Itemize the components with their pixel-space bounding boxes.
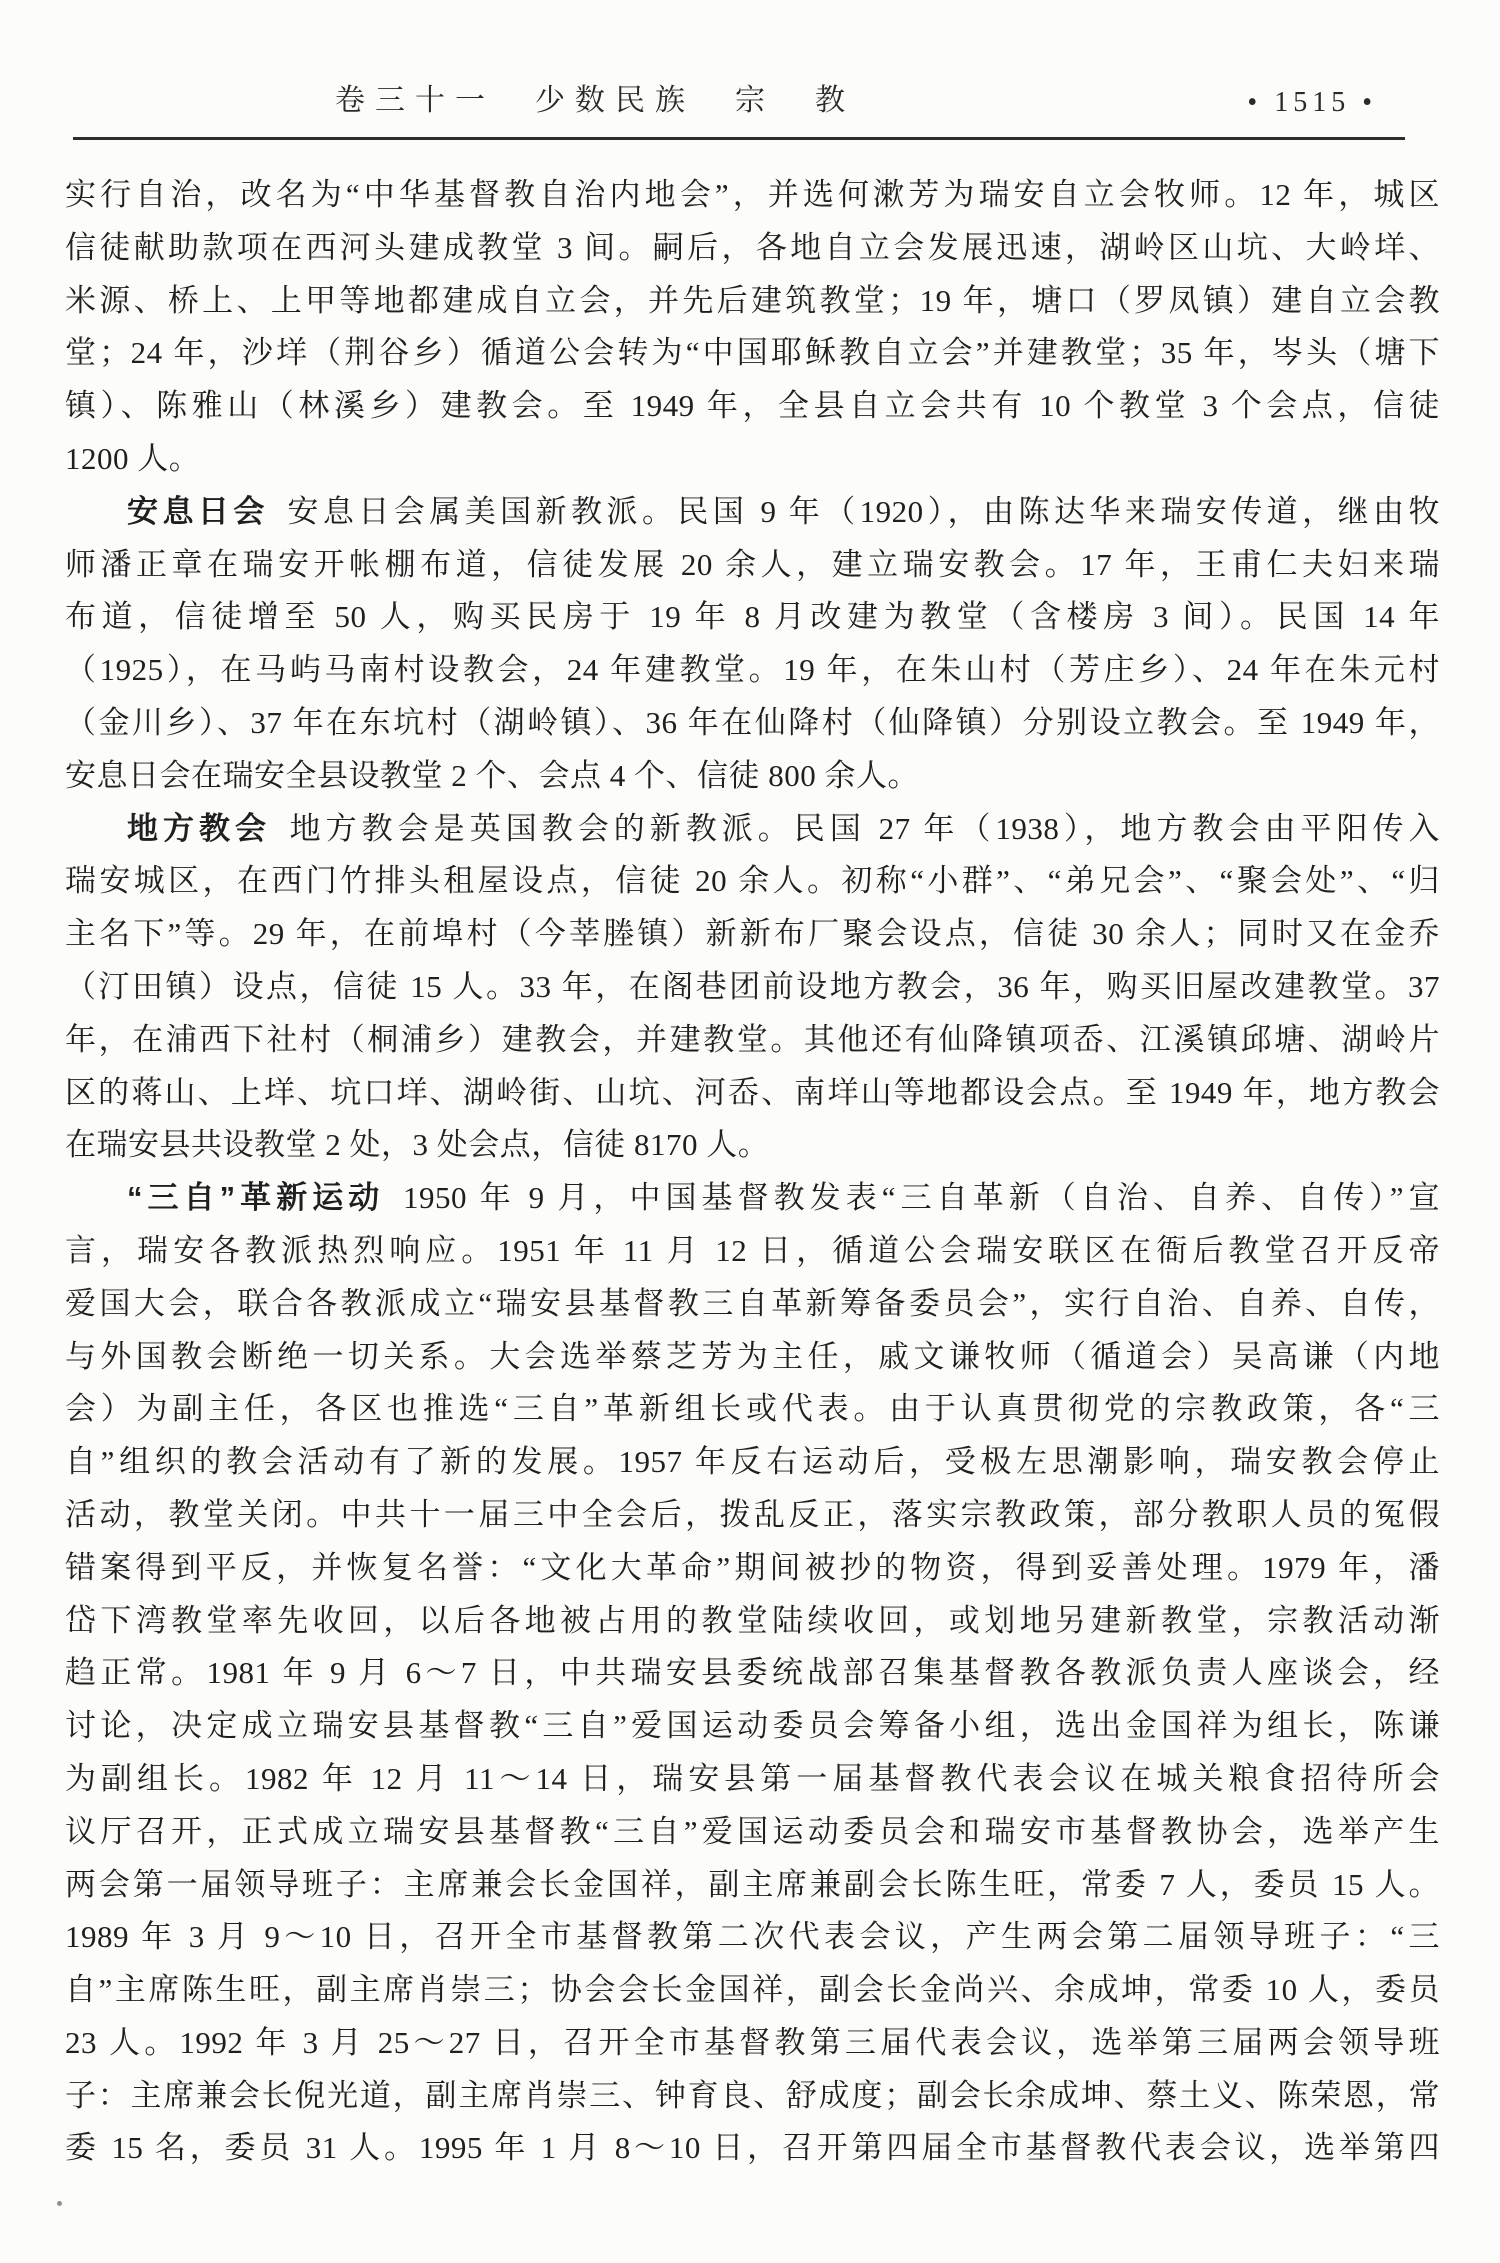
- entry-term: “三自”革新运动: [127, 1180, 384, 1215]
- scan-speck-artifact: [57, 2201, 62, 2206]
- text-line: 子：主席兼会长倪光道，副主席肖崇三、钟育良、舒成度；副会长余成坤、蔡土义、陈荣恩…: [65, 2070, 1440, 2123]
- text-line: 师潘正章在瑞安开帐棚布道，信徒发展 20 余人，建立瑞安教会。17 年，王甫仁夫…: [65, 539, 1440, 592]
- text-line: （1925），在马屿马南村设教会，24 年建教堂。19 年，在朱山村（芳庄乡）、…: [65, 644, 1440, 697]
- entry-text: 地方教会是英国教会的新教派。民国 27 年（1938），地方教会由平阳传入: [290, 811, 1440, 846]
- entry-line: 地方教会地方教会是英国教会的新教派。民国 27 年（1938），地方教会由平阳传…: [65, 803, 1440, 856]
- text-line: 趋正常。1981 年 9 月 6～7 日，中共瑞安县委统战部召集基督教各教派负责…: [65, 1647, 1440, 1700]
- entry-line: “三自”革新运动1950 年 9 月，中国基督教发表“三自革新（自治、自养、自传…: [65, 1172, 1440, 1225]
- text-line: 岱下湾教堂率先收回，以后各地被占用的教堂陆续收回，或划地另建新教堂，宗教活动渐: [65, 1595, 1440, 1648]
- text-line: 言，瑞安各教派热烈响应。1951 年 11 月 12 日，循道公会瑞安联区在衙后…: [65, 1225, 1440, 1278]
- text-line: 两会第一届领导班子：主席兼会长金国祥，副主席兼副会长陈生旺，常委 7 人，委员 …: [65, 1859, 1440, 1912]
- text-line: 信徒献助款项在西河头建成教堂 3 间。嗣后，各地自立会发展迅速，湖岭区山坑、大岭…: [65, 222, 1440, 275]
- text-line: 会）为副主任，各区也推选“三自”革新组长或代表。由于认真贯彻党的宗教政策，各“三: [65, 1383, 1440, 1436]
- text-line: 委 15 名，委员 31 人。1995 年 1 月 8～10 日，召开第四届全市…: [65, 2122, 1440, 2175]
- entry-term: 安息日会: [127, 494, 269, 529]
- text-line: 瑞安城区，在西门竹排头租屋设点，信徒 20 余人。初称“小群”、“弟兄会”、“聚…: [65, 855, 1440, 908]
- text-line: 镇）、陈雅山（林溪乡）建教会。至 1949 年，全县自立会共有 10 个教堂 3…: [65, 380, 1440, 433]
- paragraph-end-line: 在瑞安县共设教堂 2 处，3 处会点，信徒 8170 人。: [65, 1119, 1440, 1172]
- page-header: 卷三十一 少数民族 宗 教 • 1515 •: [0, 80, 1500, 122]
- text-line: 为副组长。1982 年 12 月 11～14 日，瑞安县第一届基督教代表会议在城…: [65, 1753, 1440, 1806]
- text-line: 与外国教会断绝一切关系。大会选举蔡芝芳为主任，戚文谦牧师（循道会）吴高谦（内地: [65, 1331, 1440, 1384]
- paragraph-end-line: 1200 人。: [65, 433, 1440, 486]
- body-text-block: 实行自治，改名为“中华基督教自治内地会”，并选何漱芳为瑞安自立会牧师。12 年，…: [65, 169, 1440, 2175]
- header-rule: [73, 137, 1405, 140]
- text-line: 年，在浦西下社村（桐浦乡）建教会，并建教堂。其他还有仙降镇项岙、江溪镇邱塘、湖岭…: [65, 1014, 1440, 1067]
- text-line: 米源、桥上、上甲等地都建成自立会，并先后建筑教堂；19 年，塘口（罗凤镇）建自立…: [65, 275, 1440, 328]
- text-line: 区的蒋山、上垟、坑口垟、湖岭街、山坑、河岙、南垟山等地都设会点。至 1949 年…: [65, 1067, 1440, 1120]
- text-line: 自”组织的教会活动有了新的发展。1957 年反右运动后，受极左思潮影响，瑞安教会…: [65, 1436, 1440, 1489]
- entry-term: 地方教会: [127, 811, 271, 846]
- text-line: 实行自治，改名为“中华基督教自治内地会”，并选何漱芳为瑞安自立会牧师。12 年，…: [65, 169, 1440, 222]
- entry-line: 安息日会安息日会属美国新教派。民国 9 年（1920），由陈达华来瑞安传道，继由…: [65, 486, 1440, 539]
- text-line: 自”主席陈生旺，副主席肖崇三；协会会长金国祥，副会长金尚兴、余成坤，常委 10 …: [65, 1964, 1440, 2017]
- paragraph-end-line: 安息日会在瑞安全县设教堂 2 个、会点 4 个、信徒 800 余人。: [65, 750, 1440, 803]
- text-line: （汀田镇）设点，信徒 15 人。33 年，在阁巷团前设地方教会，36 年，购买旧…: [65, 961, 1440, 1014]
- running-title: 卷三十一 少数民族 宗 教: [335, 80, 855, 122]
- page-number: • 1515 •: [1247, 82, 1377, 124]
- scanned-book-page: 卷三十一 少数民族 宗 教 • 1515 • 实行自治，改名为“中华基督教自治内…: [0, 0, 1500, 2263]
- text-line: 堂；24 年，沙垟（荆谷乡）循道公会转为“中国耶稣教自立会”并建教堂；35 年，…: [65, 327, 1440, 380]
- text-line: 主名下”等。29 年，在前埠村（今莘塍镇）新新布厂聚会设点，信徒 30 余人；同…: [65, 908, 1440, 961]
- text-line: 活动，教堂关闭。中共十一届三中全会后，拨乱反正，落实宗教政策，部分教职人员的冤假: [65, 1489, 1440, 1542]
- text-line: 布道，信徒增至 50 人，购买民房于 19 年 8 月改建为教堂（含楼房 3 间…: [65, 591, 1440, 644]
- text-line: 议厅召开，正式成立瑞安县基督教“三自”爱国运动委员会和瑞安市基督教协会，选举产生: [65, 1806, 1440, 1859]
- text-line: 23 人。1992 年 3 月 25～27 日，召开全市基督教第三届代表会议，选…: [65, 2017, 1440, 2070]
- text-line: 错案得到平反，并恢复名誉：“文化大革命”期间被抄的物资，得到妥善处理。1979 …: [65, 1542, 1440, 1595]
- entry-text: 安息日会属美国新教派。民国 9 年（1920），由陈达华来瑞安传道，继由牧: [287, 494, 1440, 529]
- text-line: 爱国大会，联合各教派成立“瑞安县基督教三自革新筹备委员会”，实行自治、自养、自传…: [65, 1278, 1440, 1331]
- entry-text: 1950 年 9 月，中国基督教发表“三自革新（自治、自养、自传）”宣: [403, 1180, 1440, 1215]
- text-line: 1989 年 3 月 9～10 日，召开全市基督教第二次代表会议，产生两会第二届…: [65, 1911, 1440, 1964]
- text-line: 讨论，决定成立瑞安县基督教“三自”爱国运动委员会筹备小组，选出金国祥为组长，陈谦: [65, 1700, 1440, 1753]
- text-line: （金川乡）、37 年在东坑村（湖岭镇）、36 年在仙降村（仙降镇）分别设立教会。…: [65, 697, 1440, 750]
